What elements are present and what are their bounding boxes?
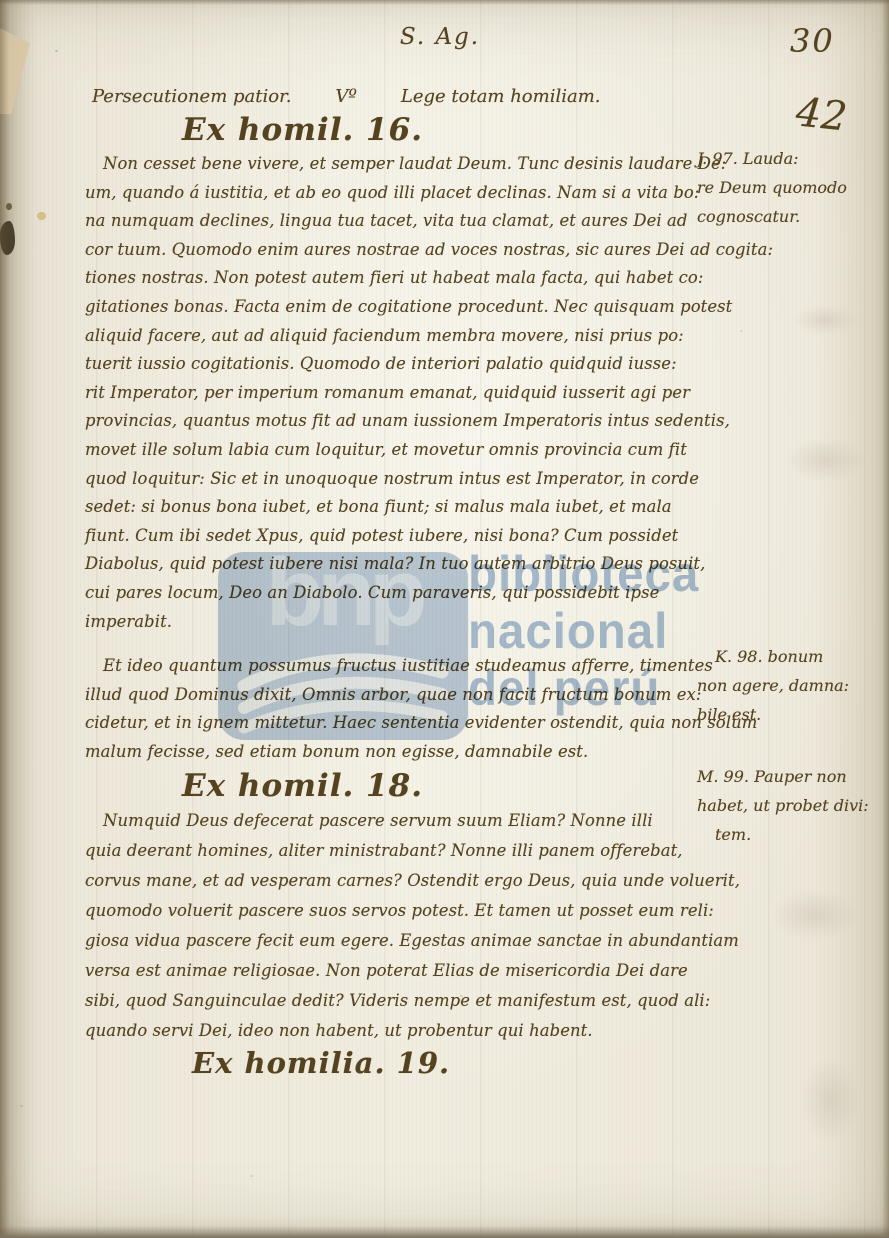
- incipit-left: Persecutionem patior.: [92, 86, 291, 107]
- margin-note-line: re Deum quomodo: [697, 173, 887, 202]
- manuscript-line: fiunt. Cum ibi sedet Xpus, quid potest i…: [85, 522, 773, 551]
- section-heading-16: Ex homil. 16.: [182, 112, 423, 148]
- margin-note-line: M. 99. Pauper non: [697, 762, 887, 791]
- manuscript-line: aliquid facere, aut ad aliquid faciendum…: [85, 322, 773, 351]
- manuscript-line: Numquid Deus defecerat pascere servum su…: [85, 806, 740, 836]
- paper-speck: [37, 212, 46, 220]
- show-through-mark: [770, 430, 880, 490]
- manuscript-line: quia deerant homines, aliter ministraban…: [85, 836, 740, 866]
- manuscript-line: cui pares locum, Deo an Diabolo. Cum par…: [85, 579, 773, 608]
- margin-note: J. 97. Lauda: re Deum quomodo cognoscatu…: [697, 144, 887, 231]
- manuscript-line: cor tuum. Quomodo enim aures nostrae ad …: [85, 236, 773, 265]
- show-through-mark: [790, 1040, 870, 1160]
- margin-note-line: bile est.: [697, 700, 887, 729]
- paragraph-homily-16: Non cesset bene vivere, et semper laudat…: [85, 150, 773, 636]
- section-heading-19: Ex homilia. 19.: [192, 1046, 450, 1080]
- incipit-right: Lege totam homiliam.: [401, 86, 601, 107]
- manuscript-line: gitationes bonas. Facta enim de cogitati…: [85, 293, 773, 322]
- manuscript-line: quando servi Dei, ideo non habent, ut pr…: [85, 1016, 740, 1046]
- paragraph-homily-18: Numquid Deus defecerat pascere servum su…: [85, 806, 740, 1046]
- manuscript-line: imperabit.: [85, 608, 773, 637]
- manuscript-line: quomodo voluerit pascere suos servos pot…: [85, 896, 740, 926]
- show-through-mark: [780, 300, 870, 340]
- margin-note-line: K. 98. bonum: [697, 642, 887, 671]
- manuscript-line: Diabolus, quid potest iubere nisi mala? …: [85, 550, 773, 579]
- manuscript-line: um, quando á iustitia, et ab eo quod ill…: [85, 179, 773, 208]
- margin-note-line: non agere, damna:: [697, 671, 887, 700]
- margin-note: M. 99. Pauper non habet, ut probet divi:…: [697, 762, 887, 849]
- manuscript-line: Et ideo quantum possumus fructus iustiti…: [85, 652, 757, 681]
- incipit-mark: Vº: [335, 86, 356, 107]
- manuscript-line: tuerit iussio cogitationis. Quomodo de i…: [85, 350, 773, 379]
- incipit-line: Persecutionem patior. Vº Lege totam homi…: [92, 86, 601, 107]
- manuscript-line: illud quod Dominus dixit, Omnis arbor, q…: [85, 681, 757, 710]
- section-heading-18: Ex homil. 18.: [182, 768, 423, 804]
- manuscript-line: na numquam declines, lingua tua tacet, v…: [85, 207, 773, 236]
- manuscript-line: quod loquitur: Sic et in unoquoque nostr…: [85, 465, 773, 494]
- manuscript-page-scan: S. Ag. 30 42 Persecutionem patior. Vº Le…: [0, 0, 889, 1238]
- folio-number: 30: [790, 22, 835, 60]
- manuscript-line: malum fecisse, sed etiam bonum non egiss…: [85, 738, 757, 767]
- manuscript-line: sibi, quod Sanguinculae dedit? Videris n…: [85, 986, 740, 1016]
- page-edge-top: [0, 0, 889, 5]
- margin-note-line: cognoscatur.: [697, 202, 887, 231]
- ref-number: 42: [794, 89, 849, 140]
- manuscript-line: tiones nostras. Non potest autem fieri u…: [85, 264, 773, 293]
- manuscript-line: sedet: si bonus bona iubet, et bona fiun…: [85, 493, 773, 522]
- manuscript-line: cidetur, et in ignem mittetur. Haec sent…: [85, 709, 757, 738]
- manuscript-line: giosa vidua pascere fecit eum egere. Ege…: [85, 926, 740, 956]
- margin-note-line: habet, ut probet divi:: [697, 791, 887, 820]
- margin-note-line: J. 97. Lauda:: [697, 144, 887, 173]
- show-through-mark: [755, 880, 875, 950]
- page-edge-right: [882, 0, 889, 1238]
- page-edge-bottom: [0, 1226, 889, 1238]
- manuscript-line: movet ille solum labia cum loquitur, et …: [85, 436, 773, 465]
- margin-note-line: tem.: [697, 820, 887, 849]
- manuscript-line: Non cesset bene vivere, et semper laudat…: [85, 150, 773, 179]
- manuscript-line: corvus mane, et ad vesperam carnes? Oste…: [85, 866, 740, 896]
- margin-note: K. 98. bonum non agere, damna: bile est.: [697, 642, 887, 729]
- manuscript-line: versa est animae religiosae. Non poterat…: [85, 956, 740, 986]
- paragraph-homily-16-continued: Et ideo quantum possumus fructus iustiti…: [85, 652, 757, 766]
- header-abbreviation: S. Ag.: [330, 24, 550, 50]
- page-edge-left: [0, 0, 9, 1238]
- manuscript-line: provincias, quantus motus fit ad unam iu…: [85, 407, 773, 436]
- manuscript-line: rit Imperator, per imperium romanum eman…: [85, 379, 773, 408]
